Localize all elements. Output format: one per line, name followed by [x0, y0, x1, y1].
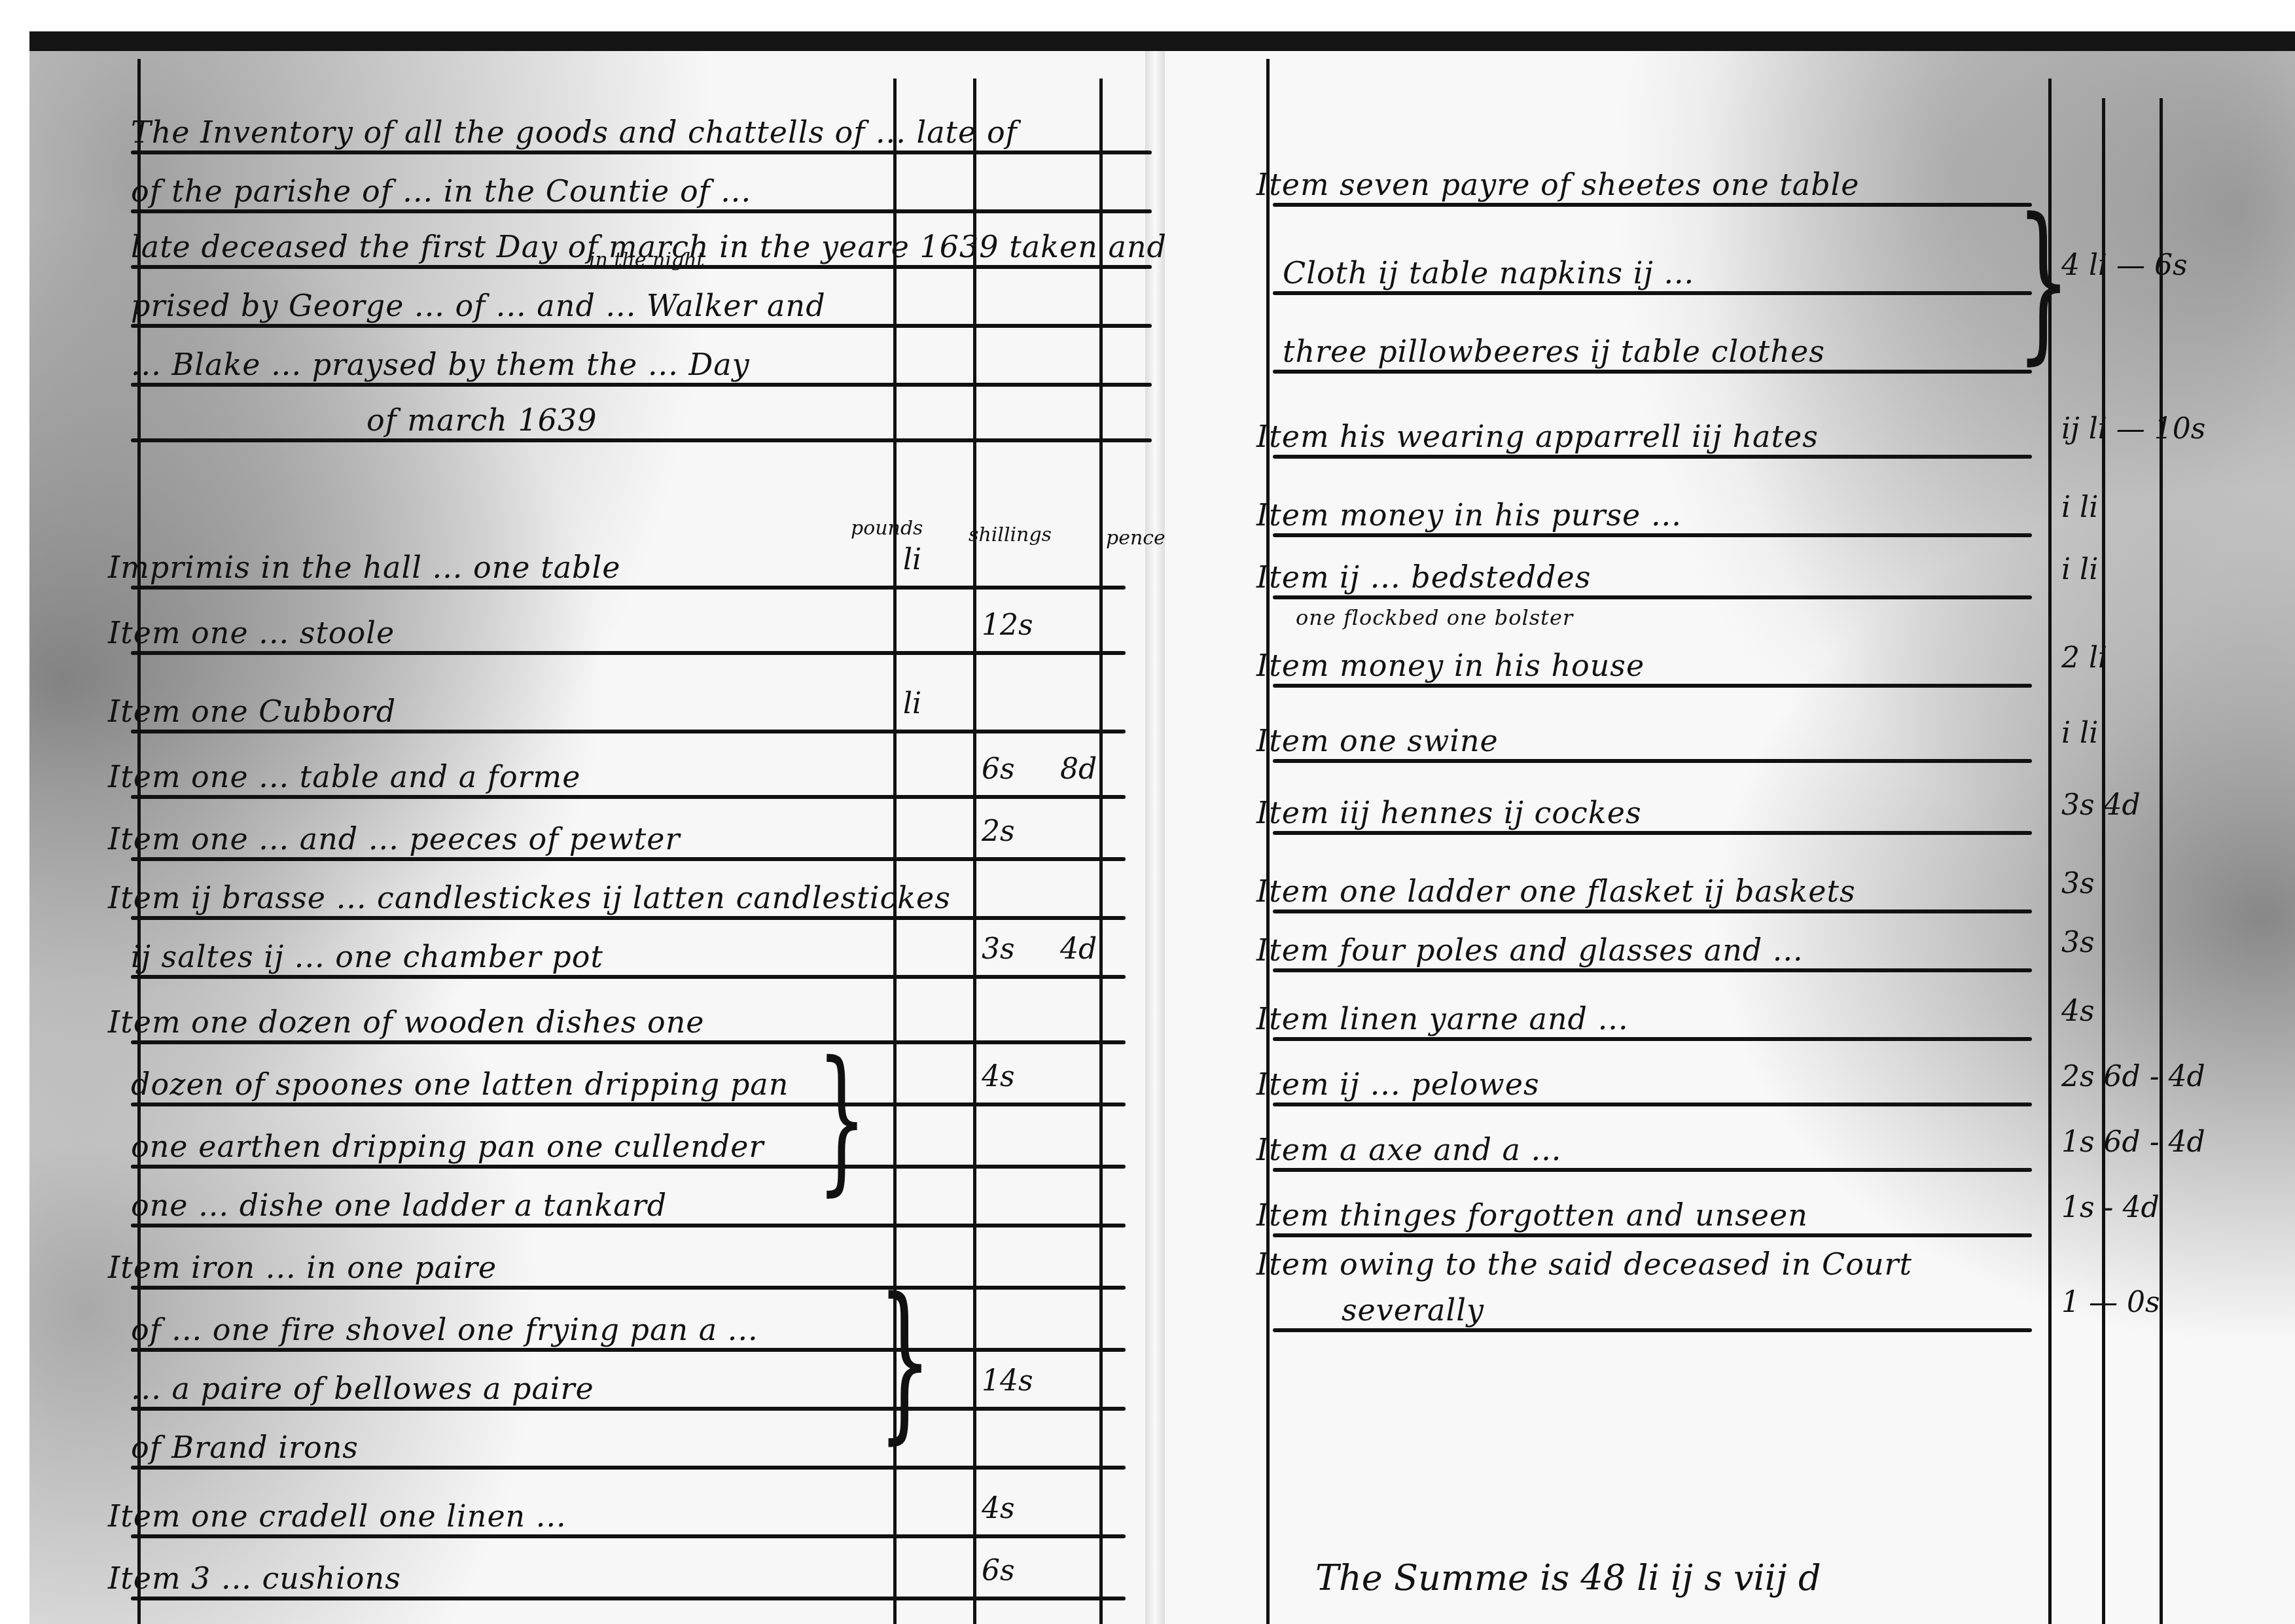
item-description: Item his wearing apparrell iij hates: [1256, 419, 1819, 454]
inventory-item: Item thinges forgotten and unseen: [1256, 1197, 1808, 1233]
underline-rule: [131, 383, 1152, 387]
underline-rule: [131, 1466, 1126, 1470]
heading-line: of march 1639: [366, 402, 597, 438]
inventory-item: Cloth ij table napkins ij ...: [1283, 255, 1694, 291]
amount-shillings: 6s: [982, 752, 1015, 786]
amount-shillings: 3s: [982, 932, 1015, 966]
item-amount: 2 li: [2061, 641, 2107, 675]
item-description: of Brand irons: [131, 1430, 359, 1465]
amount-shillings: 6s: [982, 1554, 1015, 1587]
item-description: three pillowbeeres ij table clothes: [1283, 334, 1825, 369]
underline-rule: [131, 1103, 1126, 1106]
underline-rule: [1273, 1328, 2032, 1332]
item-amount: 4 li — 6s: [2061, 249, 2188, 282]
underline-rule: [131, 209, 1152, 213]
underline-rule: [131, 265, 1152, 269]
item-description: Cloth ij table napkins ij ...: [1283, 255, 1694, 291]
underline-rule: [1273, 291, 2032, 295]
inventory-item: severally: [1342, 1292, 1484, 1328]
inventory-item: Item ij ... bedsteddes: [1256, 559, 1591, 595]
inventory-item: Item iij hennes ij cockes: [1256, 795, 1642, 830]
column-header-pounds: pounds: [851, 517, 923, 540]
item-amount: 2s 6d - 4d: [2061, 1060, 2205, 1093]
item-description: Item 3 ... cushions: [108, 1561, 401, 1596]
underline-rule: [1273, 1103, 2032, 1106]
heading-line: of the parishe of ... in the Countie of …: [131, 173, 751, 209]
underline-rule: [131, 916, 1126, 920]
underline-rule: [131, 150, 1152, 154]
underline-rule: [1273, 1037, 2032, 1041]
item-description: Item money in his house: [1256, 648, 1645, 683]
underline-rule: [131, 975, 1126, 979]
item-description: Item one cradell one linen ...: [108, 1498, 567, 1534]
underline-rule: [1273, 455, 2032, 459]
underline-rule: [131, 1407, 1126, 1411]
book-gutter: [1145, 51, 1165, 1624]
item-description: Item thinges forgotten and unseen: [1256, 1197, 1808, 1233]
heading-line: The Inventory of all the goods and chatt…: [131, 115, 1018, 150]
inventory-item: ij saltes ij ... one chamber pot: [131, 939, 603, 974]
inventory-item: one flockbed one bolster: [1296, 605, 1573, 630]
item-description: Item seven payre of sheetes one table: [1256, 167, 1860, 202]
amount-pence: 8d: [1060, 752, 1097, 786]
amount-shillings: 12s: [982, 609, 1033, 642]
item-group-brace: }: [878, 1276, 932, 1446]
underline-rule: [1273, 1168, 2032, 1172]
right-shillings-column-rule: [2102, 98, 2105, 1624]
inventory-item: Item his wearing apparrell iij hates: [1256, 419, 1819, 454]
pence-column-rule: [1099, 79, 1103, 1624]
heading-line: late deceased the first Day of march in …: [131, 229, 1167, 264]
underline-rule: [131, 438, 1152, 442]
underline-rule: [131, 1534, 1126, 1538]
inventory-item: Item one ladder one flasket ij baskets: [1256, 874, 1856, 909]
inventory-item: Item one Cubbord: [108, 694, 396, 729]
item-description: Item ij brasse ... candlestickes ij latt…: [108, 880, 951, 915]
item-amount: 3s: [2061, 867, 2095, 900]
underline-rule: [1273, 1233, 2032, 1237]
item-description: severally: [1342, 1292, 1484, 1328]
item-amount: i li: [2061, 716, 2098, 750]
inventory-item: Item 3 ... cushions: [108, 1561, 401, 1596]
shillings-column-rule: [973, 79, 976, 1624]
underline-rule: [1273, 909, 2032, 913]
underline-rule: [1273, 203, 2032, 207]
inventory-item: three pillowbeeres ij table clothes: [1283, 334, 1825, 369]
underline-rule: [131, 1224, 1126, 1227]
inventory-item: Item one ... table and a forme: [108, 759, 580, 794]
underline-rule: [131, 1040, 1126, 1044]
item-description: ij saltes ij ... one chamber pot: [131, 939, 603, 974]
inventory-item: Item owing to the said deceased in Court: [1256, 1246, 1912, 1282]
item-description: one flockbed one bolster: [1296, 605, 1573, 630]
item-description: Item iron ... in one paire: [108, 1250, 497, 1285]
right-margin-rule: [1266, 59, 1270, 1624]
underline-rule: [131, 586, 1126, 590]
item-amount: 3s 4d: [2061, 788, 2141, 822]
heading-line: ... Blake ... praysed by them the ... Da…: [131, 347, 750, 382]
item-description: Item one ... stoole: [108, 615, 395, 650]
inventory-item: Item ij ... pelowes: [1256, 1067, 1539, 1102]
underline-rule: [131, 324, 1152, 328]
item-description: dozen of spoones one latten dripping pan: [131, 1067, 789, 1102]
item-description: Item iij hennes ij cockes: [1256, 795, 1642, 830]
inventory-item: one ... dishe one ladder a tankard: [131, 1188, 667, 1223]
column-header-pence: pence: [1106, 527, 1165, 550]
item-description: Item ij ... bedsteddes: [1256, 559, 1591, 595]
item-description: of ... one fire shovel one frying pan a …: [131, 1312, 758, 1347]
underline-rule: [131, 651, 1126, 655]
item-amount: 3s: [2061, 926, 2095, 959]
column-header-shillings: shillings: [969, 523, 1052, 546]
amount-pence: 4d: [1060, 932, 1097, 966]
item-amount: 4s: [2061, 995, 2095, 1028]
item-description: Item one ... table and a forme: [108, 759, 580, 794]
underline-rule: [131, 1348, 1126, 1352]
underline-rule: [1273, 684, 2032, 688]
underline-rule: [1273, 759, 2032, 763]
item-amount: i li: [2061, 491, 2098, 524]
underline-rule: [131, 730, 1126, 733]
amount-pounds: li: [903, 687, 921, 720]
item-amount: 1 — 0s: [2061, 1286, 2160, 1319]
inventory-item: Item ij brasse ... candlestickes ij latt…: [108, 880, 951, 915]
inventory-item: Item linen yarne and ...: [1256, 1001, 1629, 1036]
inventory-total: The Summe is 48 li ij s viij d: [1315, 1557, 1821, 1598]
inventory-item: of ... one fire shovel one frying pan a …: [131, 1312, 758, 1347]
inventory-item: Item seven payre of sheetes one table: [1256, 167, 1860, 202]
item-description: Item money in his purse ...: [1256, 497, 1682, 533]
item-amount: i li: [2061, 553, 2098, 586]
amount-shillings: 4s: [982, 1492, 1015, 1525]
item-description: Item one Cubbord: [108, 694, 396, 729]
underline-rule: [1273, 370, 2032, 374]
underline-rule: [1273, 831, 2032, 835]
amount-shillings: 2s: [982, 815, 1015, 848]
inventory-item: Item money in his purse ...: [1256, 497, 1682, 533]
item-description: Item one dozen of wooden dishes one: [108, 1004, 705, 1040]
scan-top-border: [29, 31, 2295, 51]
item-description: Item one ... and ... peeces of pewter: [108, 821, 681, 856]
inventory-item: Item one cradell one linen ...: [108, 1498, 567, 1534]
underline-rule: [131, 1286, 1126, 1290]
item-description: Imprimis in the hall ... one table: [108, 550, 620, 585]
item-description: Item one ladder one flasket ij baskets: [1256, 874, 1856, 909]
inventory-item: Item one dozen of wooden dishes one: [108, 1004, 705, 1040]
underline-rule: [1273, 595, 2032, 599]
inventory-item: Item one ... stoole: [108, 615, 395, 650]
item-description: Item four poles and glasses and ...: [1256, 932, 1804, 968]
item-description: ... a paire of bellowes a paire: [131, 1371, 594, 1406]
inventory-item: Item one ... and ... peeces of pewter: [108, 821, 681, 856]
underline-rule: [131, 1165, 1126, 1169]
item-group-brace: }: [817, 1040, 866, 1197]
item-description: one earthen dripping pan one cullender: [131, 1129, 764, 1164]
underline-rule: [131, 857, 1126, 861]
inventory-item: Imprimis in the hall ... one table: [108, 550, 620, 585]
item-amount: 1s - 4d: [2061, 1191, 2160, 1224]
inventory-item: ... a paire of bellowes a paire: [131, 1371, 594, 1406]
item-description: Item ij ... pelowes: [1256, 1067, 1539, 1102]
underline-rule: [1273, 968, 2032, 972]
right-pence-column-rule: [2160, 98, 2163, 1624]
inventory-item: Item four poles and glasses and ...: [1256, 932, 1804, 968]
item-description: Item linen yarne and ...: [1256, 1001, 1629, 1036]
amount-shillings: 4s: [982, 1060, 1015, 1093]
underline-rule: [1273, 533, 2032, 537]
heading-line: prised by George ... of ... and ... Walk…: [131, 288, 826, 323]
amount-shillings: 14s: [982, 1364, 1033, 1398]
inventory-item: one earthen dripping pan one cullender: [131, 1129, 764, 1164]
inventory-item: Item money in his house: [1256, 648, 1645, 683]
item-description: Item one swine: [1256, 723, 1499, 758]
item-amount: 1s 6d - 4d: [2061, 1125, 2205, 1159]
underline-rule: [131, 1597, 1126, 1600]
underline-rule: [131, 795, 1126, 799]
amount-pounds: li: [903, 543, 921, 576]
item-description: Item owing to the said deceased in Court: [1256, 1246, 1912, 1282]
item-description: one ... dishe one ladder a tankard: [131, 1188, 667, 1223]
inventory-item: of Brand irons: [131, 1430, 359, 1465]
item-description: Item a axe and a ...: [1256, 1132, 1561, 1167]
inventory-item: dozen of spoones one latten dripping pan: [131, 1067, 789, 1102]
inventory-item: Item iron ... in one paire: [108, 1250, 497, 1285]
inventory-item: Item a axe and a ...: [1256, 1132, 1561, 1167]
item-amount: ij li — 10s: [2061, 412, 2205, 446]
inventory-item: Item one swine: [1256, 723, 1499, 758]
